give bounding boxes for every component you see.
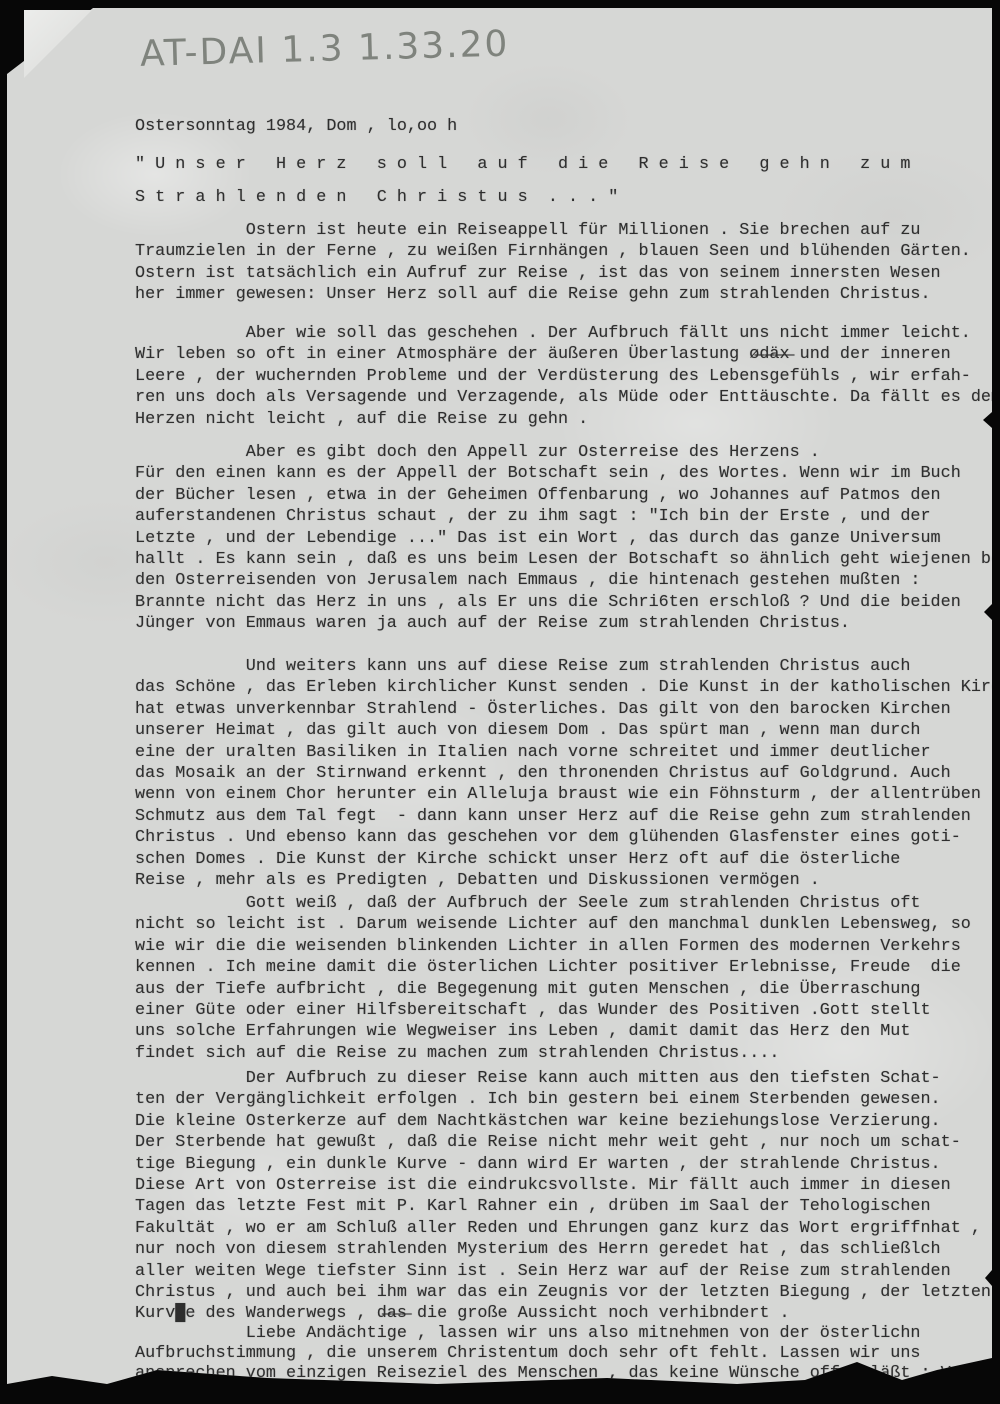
document-header: Ostersonntag 1984, Dom , lo,oo h [135, 116, 992, 137]
paragraph: Liebe Andächtige , lassen wir uns also m… [135, 1324, 992, 1394]
document-title: " U n s e r H e r z s o l l a u f d i e … [135, 148, 992, 214]
paragraph: Aber wie soll das geschehen . Der Aufbru… [135, 323, 992, 430]
paragraph: Ostern ist heute ein Reiseappell für Mil… [135, 220, 992, 306]
paragraph: Aber es gibt doch den Appell zur Osterre… [135, 442, 992, 635]
scanned-paper-sheet: AT-DAI 1.3 1.33.20 Ostersonntag 1984, Do… [7, 8, 992, 1394]
paragraph: Der Aufbruch zu dieser Reise kann auch m… [135, 1068, 992, 1325]
paragraph: Gott weiß , daß der Aufbruch der Seele z… [135, 893, 992, 1064]
handwritten-archive-code: AT-DAI 1.3 1.33.20 [140, 22, 561, 75]
paragraph: Und weiters kann uns auf diese Reise zum… [135, 656, 992, 891]
